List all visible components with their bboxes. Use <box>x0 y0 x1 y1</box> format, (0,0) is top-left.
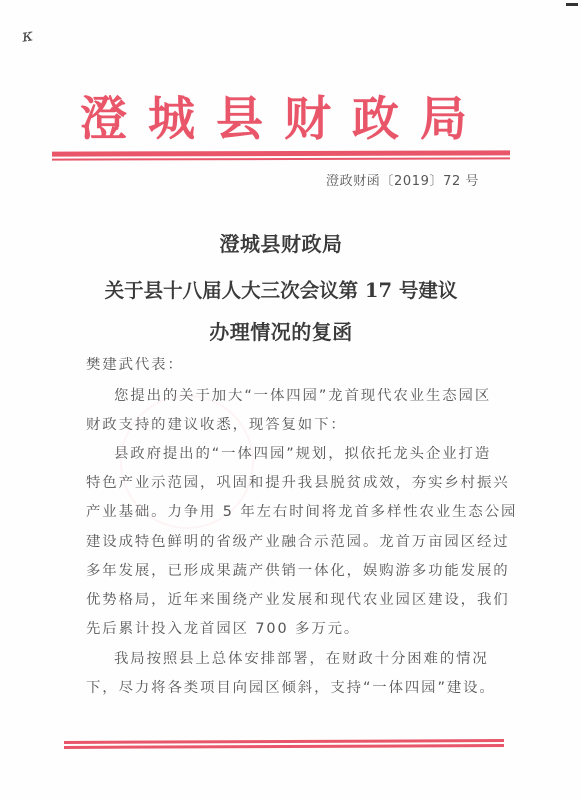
footer-rule-thin <box>64 744 504 749</box>
paragraph-line: 我局按照县上总体安排部署，在财政十分困难的情况 <box>86 645 482 674</box>
paragraph-line: 先后累计投入龙首园区 700 多万元。 <box>86 615 482 644</box>
letterhead-rule-thick <box>52 150 510 156</box>
document-title-line-3: 办理情况的复函 <box>0 316 562 345</box>
document-title-line-1: 澄城县财政局 <box>0 228 562 257</box>
paragraph-line: 财政支持的建议收悉，现答复如下： <box>86 411 482 440</box>
paragraph-line: 县政府提出的“一体四园”规划，拟依托龙头企业打造 <box>86 440 482 469</box>
paragraph-3: 我局按照县上总体安排部署，在财政十分困难的情况 下，尽力将各类项目向园区倾斜，支… <box>86 645 482 703</box>
salutation: 樊建武代表： <box>86 353 184 374</box>
letterhead-title: 澄城县财政局 <box>80 92 480 148</box>
handwritten-mark: κ <box>21 25 35 46</box>
paragraph-1: 您提出的关于加大“一体四园”龙首现代农业生态园区 财政支持的建议收悉，现答复如下… <box>86 382 482 440</box>
paragraph-line: 下，尽力将各类项目向园区倾斜，支持“一体四园”建设。 <box>86 674 482 703</box>
paragraph-line: 优势格局，近年来围绕产业发展和现代农业园区建设，我们 <box>86 586 482 615</box>
paragraph-line: 产业基础。力争用 5 年左右时间将龙首多样性农业生态公园 <box>86 498 482 527</box>
paragraph-2: 县政府提出的“一体四园”规划，拟依托龙头企业打造 特色产业示范园，巩固和提升我县… <box>86 440 482 644</box>
corner-mark <box>566 3 578 6</box>
paragraph-line: 您提出的关于加大“一体四园”龙首现代农业生态园区 <box>86 382 482 411</box>
paragraph-line: 特色产业示范园，巩固和提升我县脱贫成效，夯实乡村振兴 <box>86 469 482 498</box>
document-title-line-2: 关于县十八届人大三次会议第 17 号建议 <box>0 275 562 303</box>
letterhead-rule-thin <box>52 157 510 160</box>
paragraph-line: 建设成特色鲜明的省级产业融合示范园。龙首万亩园区经过 <box>86 528 482 557</box>
footer-rule-thick <box>64 739 504 744</box>
paragraph-line: 多年发展，已形成果蔬产供销一体化，娱购游多功能发展的 <box>86 557 482 586</box>
document-page: κ 澄城县财政局 澄政财函〔2019〕72 号 澄城县财政局 关于县十八届人大三… <box>0 0 581 800</box>
document-number: 澄政财函〔2019〕72 号 <box>326 170 479 189</box>
